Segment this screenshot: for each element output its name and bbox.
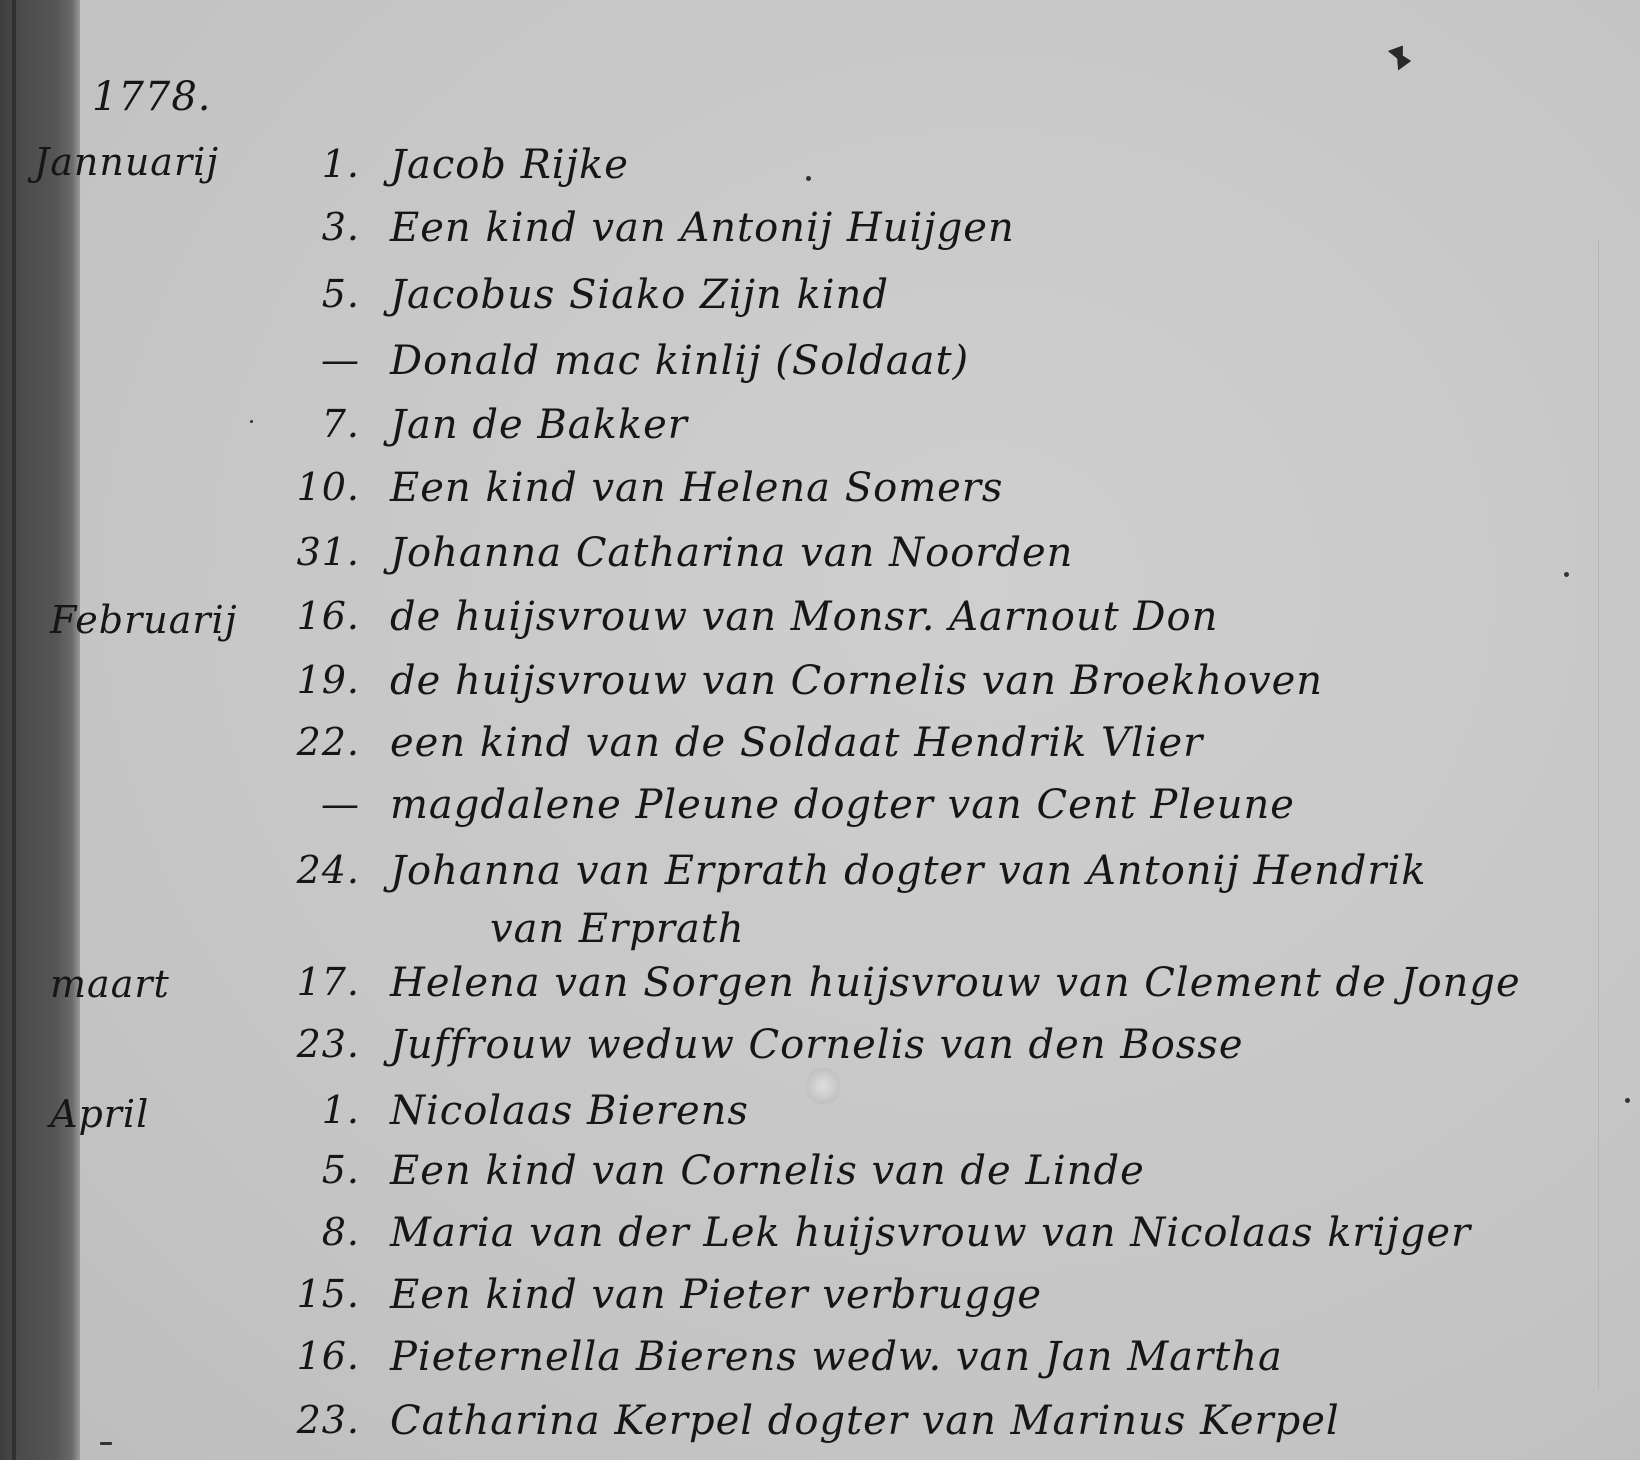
month-label: April	[50, 1092, 149, 1136]
register-page: 1778. JannuarijFebruarijmaartApril 1.Jac…	[0, 0, 1640, 1460]
entry-name: magdalene Pleune dogter van Cent Pleune	[390, 782, 1295, 828]
entry-name: Een kind van Pieter verbrugge	[390, 1272, 1042, 1318]
entry-name: Jacobus Siako Zijn kind	[390, 272, 889, 318]
ink-speck	[250, 420, 253, 423]
month-label: Jannuarij	[34, 140, 219, 184]
entry-day: 17.	[280, 960, 360, 1004]
entry-name: Helena van Sorgen huijsvrouw van Clement…	[390, 960, 1521, 1006]
ink-blot-mark	[1388, 44, 1412, 71]
entry-name: van Erprath	[490, 906, 745, 952]
ink-speck	[100, 1442, 112, 1445]
ink-speck	[1625, 1098, 1630, 1103]
entry-name: Catharina Kerpel dogter van Marinus Kerp…	[390, 1398, 1340, 1444]
month-label: Februarij	[50, 598, 238, 642]
book-binding-shadow	[0, 0, 80, 1460]
entry-day: 23.	[280, 1398, 360, 1442]
entry-day: 3.	[280, 205, 360, 249]
entry-day: 1.	[280, 1088, 360, 1132]
entry-day: 22.	[280, 720, 360, 764]
entry-name: Jan de Bakker	[390, 402, 688, 448]
entry-name: een kind van de Soldaat Hendrik Vlier	[390, 720, 1203, 766]
entry-day: 19.	[280, 658, 360, 702]
entry-name: Een kind van Cornelis van de Linde	[390, 1148, 1145, 1194]
entry-day: 16.	[280, 594, 360, 638]
entry-day: —	[280, 782, 360, 826]
entry-day: —	[280, 338, 360, 382]
ink-speck	[1564, 572, 1569, 577]
entry-name: de huijsvrouw van Monsr. Aarnout Don	[390, 594, 1218, 640]
entry-day: 24.	[280, 848, 360, 892]
entry-day: 10.	[280, 465, 360, 509]
entry-day: 23.	[280, 1022, 360, 1066]
entry-day: 8.	[280, 1210, 360, 1254]
entry-day: 1.	[280, 142, 360, 186]
entry-day: 5.	[280, 272, 360, 316]
month-label: maart	[50, 962, 170, 1006]
entry-day: 7.	[280, 402, 360, 446]
entry-day: 16.	[280, 1334, 360, 1378]
register-year: 1778.	[92, 74, 212, 120]
entry-name: Pieternella Bierens wedw. van Jan Martha	[390, 1334, 1283, 1380]
margin-rule	[1598, 240, 1599, 1390]
entry-name: Een kind van Antonij Huijgen	[390, 205, 1015, 251]
paper-stain	[806, 1068, 840, 1104]
entry-name: de huijsvrouw van Cornelis van Broekhove…	[390, 658, 1323, 704]
entry-name: Johanna van Erprath dogter van Antonij H…	[390, 848, 1427, 894]
ink-speck	[806, 176, 811, 181]
entry-day: 5.	[280, 1148, 360, 1192]
entry-name: Donald mac kinlij (Soldaat)	[390, 338, 969, 384]
entry-name: Een kind van Helena Somers	[390, 465, 1003, 511]
binding-edge-line	[12, 0, 16, 1460]
entry-name: Maria van der Lek huijsvrouw van Nicolaa…	[390, 1210, 1471, 1256]
entry-name: Juffrouw weduw Cornelis van den Bosse	[390, 1022, 1244, 1068]
entry-day: 31.	[280, 530, 360, 574]
entry-name: Jacob Rijke	[390, 142, 629, 188]
entry-name: Johanna Catharina van Noorden	[390, 530, 1073, 576]
entry-day: 15.	[280, 1272, 360, 1316]
entry-name: Nicolaas Bierens	[390, 1088, 749, 1134]
